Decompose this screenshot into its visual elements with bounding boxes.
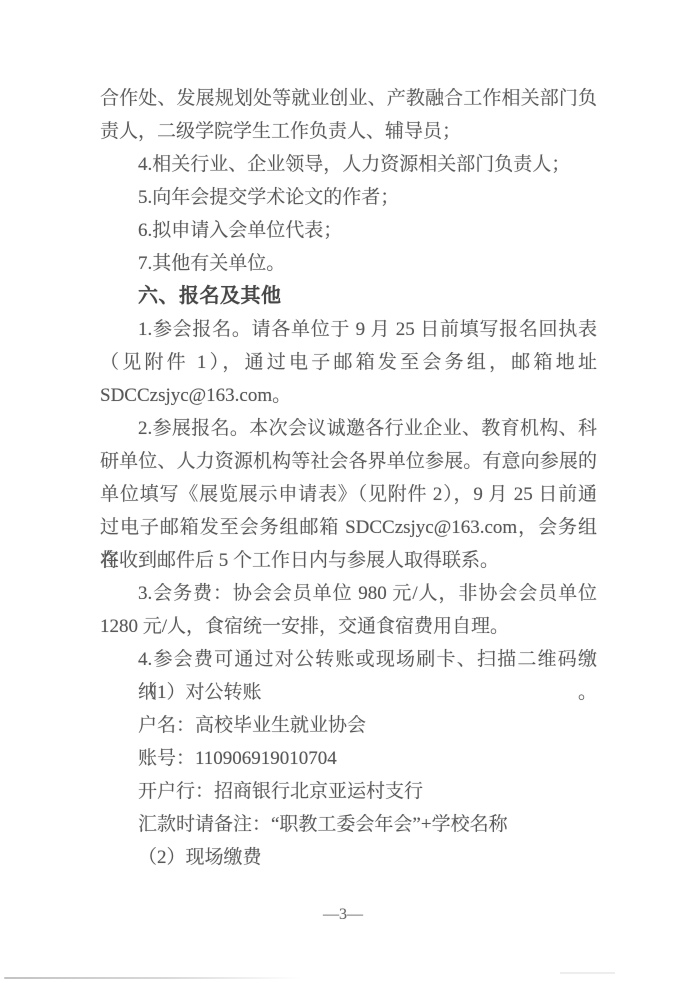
text-line-12: 研单位、人力资源机构等社会各界单位参展。有意向参展的 [100,445,597,478]
text-line-6: 7.其他有关单位。 [100,247,597,280]
text-line-3: 4.相关行业、企业领导，人力资源相关部门负责人； [100,148,597,181]
text-line-20: 户名：高校毕业生就业协会 [100,709,597,742]
page-number: —3— [0,904,686,926]
text-line-15: 在收到邮件后 5 个工作日内与参展人取得联系。 [100,544,597,577]
text-line-8: 1.参会报名。请各单位于 9 月 25 日前填写报名回执表 [100,313,597,346]
text-line-22: 开户行：招商银行北京亚运村支行 [100,775,597,808]
scan-artifact-line [4,977,300,979]
text-line-24: （2）现场缴费 [100,841,597,874]
text-line-2: 责人，二级学院学生工作负责人、辅导员； [100,115,597,148]
text-line-21: 账号：110906919010704 [100,742,597,775]
text-line-13: 单位填写《展览展示申请表》（见附件 2），9 月 25 日前通 [100,478,597,511]
text-line-11: 2.参展报名。本次会议诚邀各行业企业、教育机构、科 [100,412,597,445]
document-page: 合作处、发展规划处等就业创业、产教融合工作相关部门负责人，二级学院学生工作负责人… [0,0,700,990]
text-line-1: 合作处、发展规划处等就业创业、产教融合工作相关部门负 [100,82,597,115]
section-heading: 六、报名及其他 [100,280,597,313]
text-line-17: 1280 元/人，食宿统一安排，交通食宿费用自理。 [100,610,597,643]
text-line-4: 5.向年会提交学术论文的作者； [100,181,597,214]
text-line-5: 6.拟申请入会单位代表； [100,214,597,247]
text-line-23: 汇款时请备注：“职教工委会年会”+学校名称 [100,808,597,841]
text-line-9: （见附件 1），通过电子邮箱发至会务组，邮箱地址 [100,346,597,379]
text-line-16: 3.会务费：协会会员单位 980 元/人，非协会会员单位 [100,577,597,610]
document-body: 合作处、发展规划处等就业创业、产教融合工作相关部门负责人，二级学院学生工作负责人… [100,82,597,874]
scan-artifact-mark [560,972,615,974]
text-line-18: 4.参会费可通过对公转账或现场刷卡、扫描二维码缴纳。 [100,643,597,676]
text-line-10: SDCCzsjyc@163.com。 [100,379,597,412]
text-line-14: 过电子邮箱发至会务组邮箱 SDCCzsjyc@163.com，会务组将 [100,511,597,544]
